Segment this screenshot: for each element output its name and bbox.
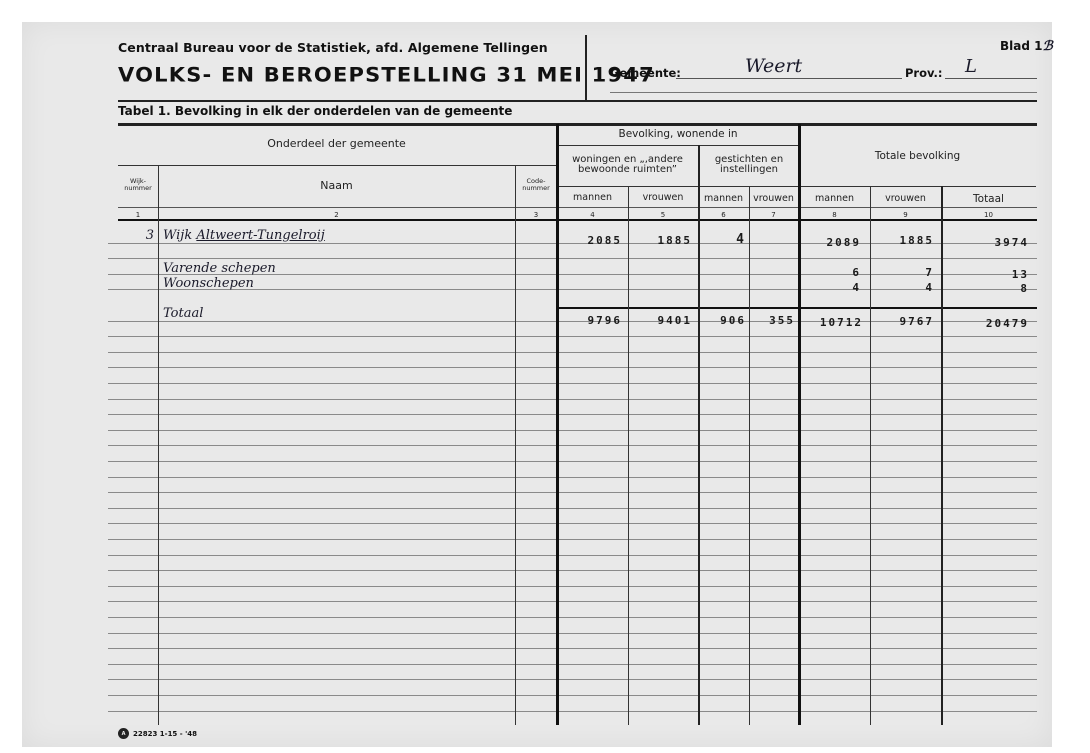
col-label-5: vrouwen [628,192,698,204]
prov-line [945,78,1037,79]
gemeente-value: Weert [745,55,802,77]
col-label-code: Code-nummer [516,178,556,192]
col-label-6: mannen [698,193,749,205]
row-name: Wijk Altweert-Tungelroij [163,228,325,243]
col-label-10: Totaal [941,193,1036,205]
form-title: VOLKS- EN BEROEPSTELLING 31 MEI 1947 [118,64,655,87]
col-label-4: mannen [557,192,628,204]
col-label-naam: Naam [158,180,515,192]
organization-line: Centraal Bureau voor de Statistiek, afd.… [118,40,548,55]
col-num-2: 2 [158,209,515,221]
header-bevolking-wonende: Bevolking, wonende in [557,128,799,140]
prov-label: Prov.: [905,66,943,80]
col-num-9: 9 [870,209,941,221]
header-totale-bevolking: Totale bevolking [799,150,1036,162]
header-rule [118,100,1037,102]
sheet-number: Blad 1ℬ [1000,39,1053,54]
header-onderdeel: Onderdeel der gemeente [158,138,515,150]
table-top-rule [118,123,1037,126]
gemeente-line [676,78,902,79]
col-num-6: 6 [698,209,749,221]
row-name: Varende schepen [163,261,276,276]
gemeente-label: Gemeente: [610,66,681,80]
prov-value: L [965,56,977,77]
row-name: Totaal [163,306,203,321]
col-num-5: 5 [628,209,698,221]
col-label-9: vrouwen [870,193,941,205]
col-num-8: 8 [799,209,870,221]
col-num-7: 7 [749,209,798,221]
col-label-7: vrouwen [749,193,798,205]
sheet-mark: ℬ [1042,39,1052,54]
header-divider [585,35,587,101]
census-form-page [22,22,1052,747]
col-num-1: 1 [118,209,158,221]
col-num-4: 4 [557,209,628,221]
printer-logo-icon: A [118,728,129,739]
wijk-number: 3 [140,228,154,243]
col-label-wijk: Wijk-nummer [118,178,158,192]
print-footer: A 22823 1-15 - '48 [118,728,197,739]
header-gestichten: gestichten en instellingen [705,155,793,175]
print-code: 22823 1-15 - '48 [133,730,197,738]
col-label-8: mannen [799,193,870,205]
row-name: Woonschepen [163,276,254,291]
header-woningen: woningen en „,andere bewoonde ruimten” [565,155,690,175]
col-num-10: 10 [941,209,1036,221]
table-title: Tabel 1. Bevolking in elk der onderdelen… [118,104,512,118]
col-num-3: 3 [516,209,556,221]
header-extra-line [610,92,1037,93]
